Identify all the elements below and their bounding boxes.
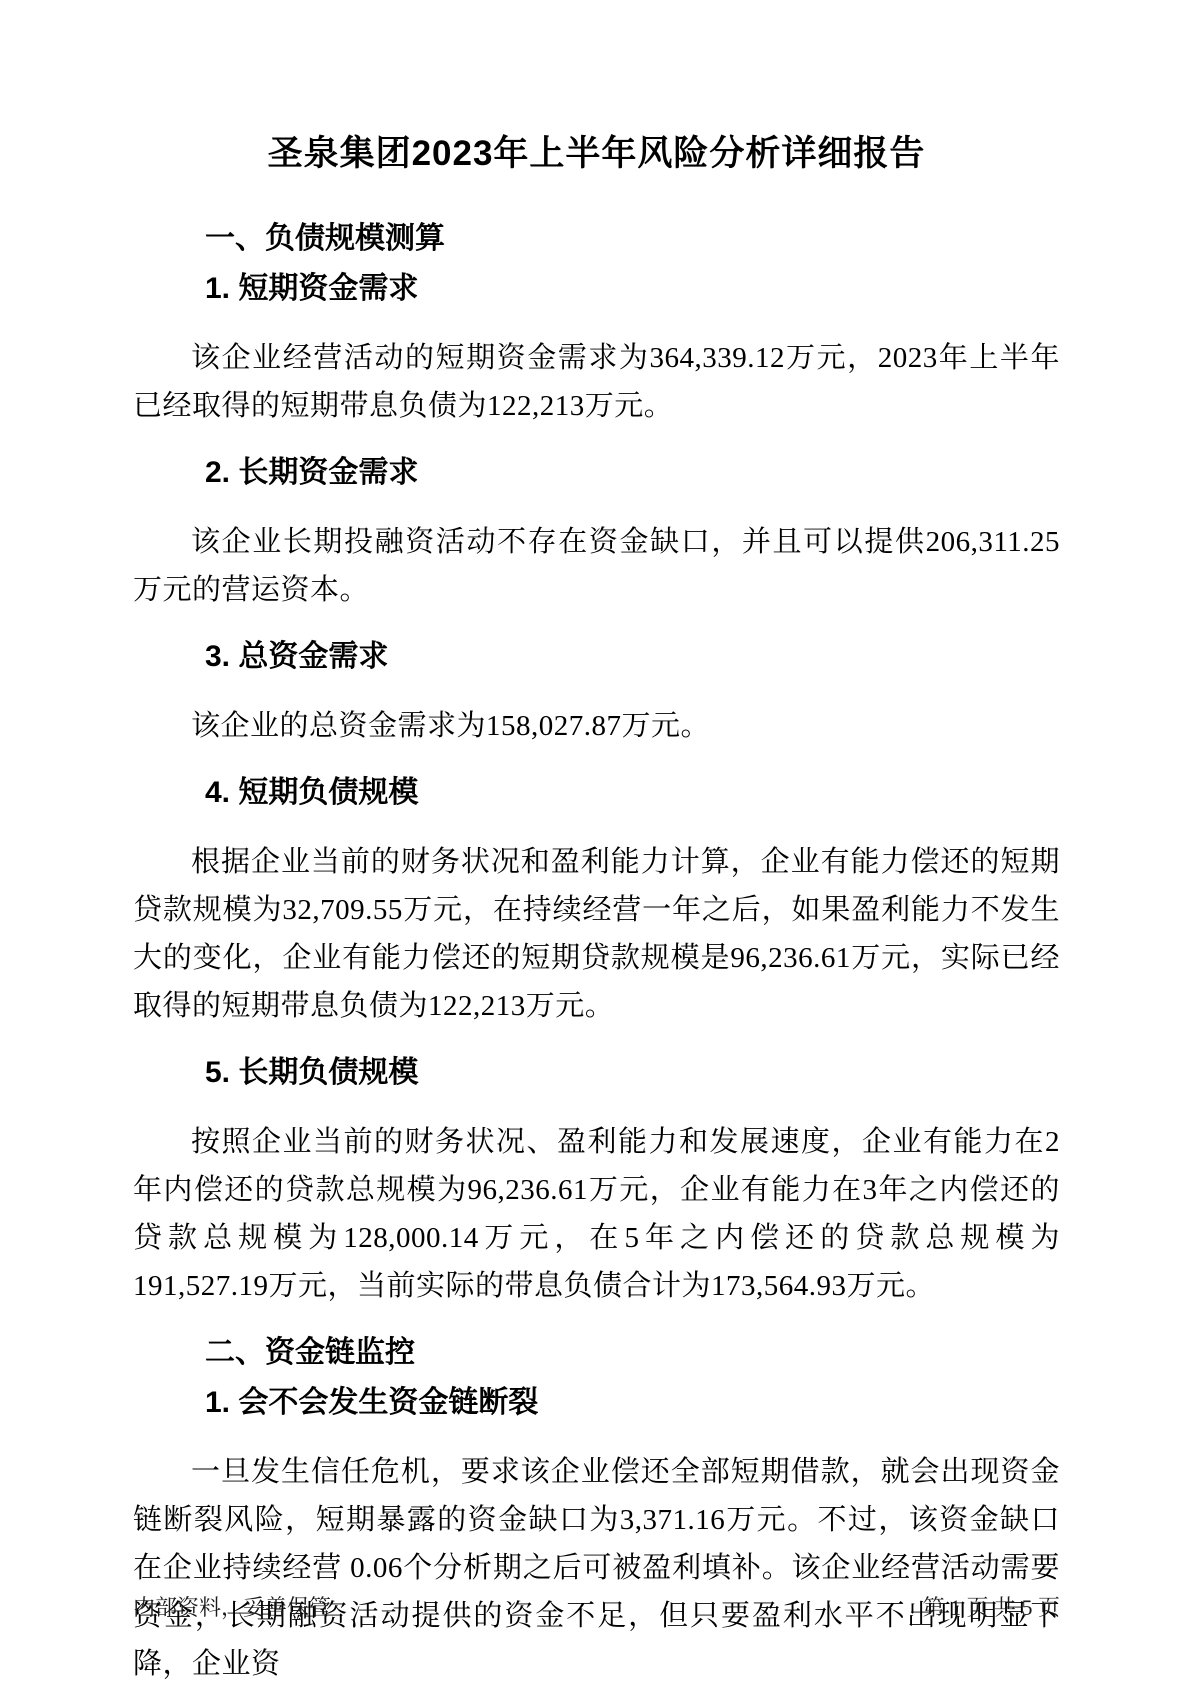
paragraph-long-term-debt-scale: 按照企业当前的财务状况、盈利能力和发展速度，企业有能力在2年内偿还的贷款总规模为…	[133, 1118, 1060, 1310]
subsection-heading-capital-chain-rupture: 1. 会不会发生资金链断裂	[205, 1382, 1060, 1424]
document-title: 圣泉集团2023年上半年风险分析详细报告	[133, 0, 1060, 176]
paragraph-short-term-funding-need: 该企业经营活动的短期资金需求为364,339.12万元，2023年上半年已经取得…	[133, 334, 1060, 430]
subsection-heading-total-funding-need: 3. 总资金需求	[205, 636, 1060, 678]
report-page: 圣泉集团2023年上半年风险分析详细报告 一、负债规模测算 1. 短期资金需求 …	[0, 0, 1191, 1684]
paragraph-long-term-funding-need: 该企业长期投融资活动不存在资金缺口，并且可以提供206,311.25万元的营运资…	[133, 518, 1060, 614]
footer-page-number: 第 1 页 共 5 页	[922, 1591, 1060, 1622]
section-heading-debt-scale: 一、负债规模测算	[205, 218, 1060, 260]
subsection-heading-short-term-funding-need: 1. 短期资金需求	[205, 268, 1060, 310]
paragraph-capital-chain-rupture: 一旦发生信任危机，要求该企业偿还全部短期借款，就会出现资金链断裂风险，短期暴露的…	[133, 1448, 1060, 1684]
footer-confidential-label: 内部资料，妥善保管	[133, 1591, 331, 1622]
subsection-heading-long-term-debt-scale: 5. 长期负债规模	[205, 1052, 1060, 1094]
subsection-heading-long-term-funding-need: 2. 长期资金需求	[205, 452, 1060, 494]
paragraph-total-funding-need: 该企业的总资金需求为158,027.87万元。	[133, 702, 1060, 750]
paragraph-short-term-debt-scale: 根据企业当前的财务状况和盈利能力计算，企业有能力偿还的短期贷款规模为32,709…	[133, 838, 1060, 1030]
section-heading-capital-chain-monitoring: 二、资金链监控	[205, 1332, 1060, 1374]
subsection-heading-short-term-debt-scale: 4. 短期负债规模	[205, 772, 1060, 814]
page-footer: 内部资料，妥善保管 第 1 页 共 5 页	[133, 1591, 1060, 1622]
